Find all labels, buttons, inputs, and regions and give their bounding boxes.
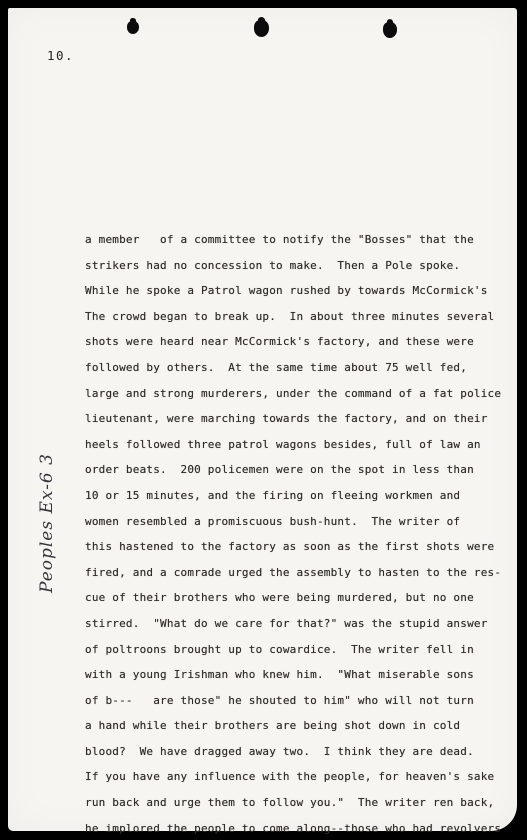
- text-line: The crowd began to break up. In about th…: [85, 304, 501, 330]
- paper-page: 10. Peoples Ex-6 3 a member of a committ…: [8, 8, 517, 831]
- text-line: heels followed three patrol wagons besid…: [85, 432, 501, 458]
- text-line: blood? We have dragged away two. I think…: [85, 739, 501, 765]
- text-line: with a young Irishman who knew him. "Wha…: [85, 662, 501, 688]
- text-line: run back and urge them to follow you." T…: [85, 790, 501, 816]
- text-line: 10 or 15 minutes, and the firing on flee…: [85, 483, 501, 509]
- text-line: lieutenant, were marching towards the fa…: [85, 406, 501, 432]
- text-line: fired, and a comrade urged the assembly …: [85, 560, 501, 586]
- text-line: of poltroons brought up to cowardice. Th…: [85, 637, 501, 663]
- text-line: shots were heard near McCormick's factor…: [85, 329, 501, 355]
- text-line: strikers had no concession to make. Then…: [85, 253, 501, 279]
- text-line: a member of a committee to notify the "B…: [85, 227, 501, 253]
- text-line: cue of their brothers who were being mur…: [85, 585, 501, 611]
- text-line: of b--- are those" he shouted to him" wh…: [85, 688, 501, 714]
- text-line: he implored the people to come along--th…: [85, 816, 501, 840]
- ink-blot-icon: [383, 22, 397, 38]
- page-number: 10.: [47, 48, 74, 63]
- document-body: a member of a committee to notify the "B…: [85, 227, 501, 840]
- ink-blot-icon: [254, 20, 269, 37]
- text-line: While he spoke a Patrol wagon rushed by …: [85, 278, 501, 304]
- text-line: large and strong murderers, under the co…: [85, 381, 501, 407]
- margin-annotation: Peoples Ex-6 3: [37, 432, 57, 614]
- text-line: a hand while their brothers are being sh…: [85, 713, 501, 739]
- text-line: followed by others. At the same time abo…: [85, 355, 501, 381]
- text-line: this hastened to the factory as soon as …: [85, 534, 501, 560]
- text-line: stirred. "What do we care for that?" was…: [85, 611, 501, 637]
- text-line: If you have any influence with the peopl…: [85, 764, 501, 790]
- text-line: women resembled a promiscuous bush-hunt.…: [85, 509, 501, 535]
- scan-background: { "colors": { "background": "#000000", "…: [0, 0, 527, 840]
- ink-blot-icon: [127, 21, 139, 34]
- text-line: order beats. 200 policemen were on the s…: [85, 457, 501, 483]
